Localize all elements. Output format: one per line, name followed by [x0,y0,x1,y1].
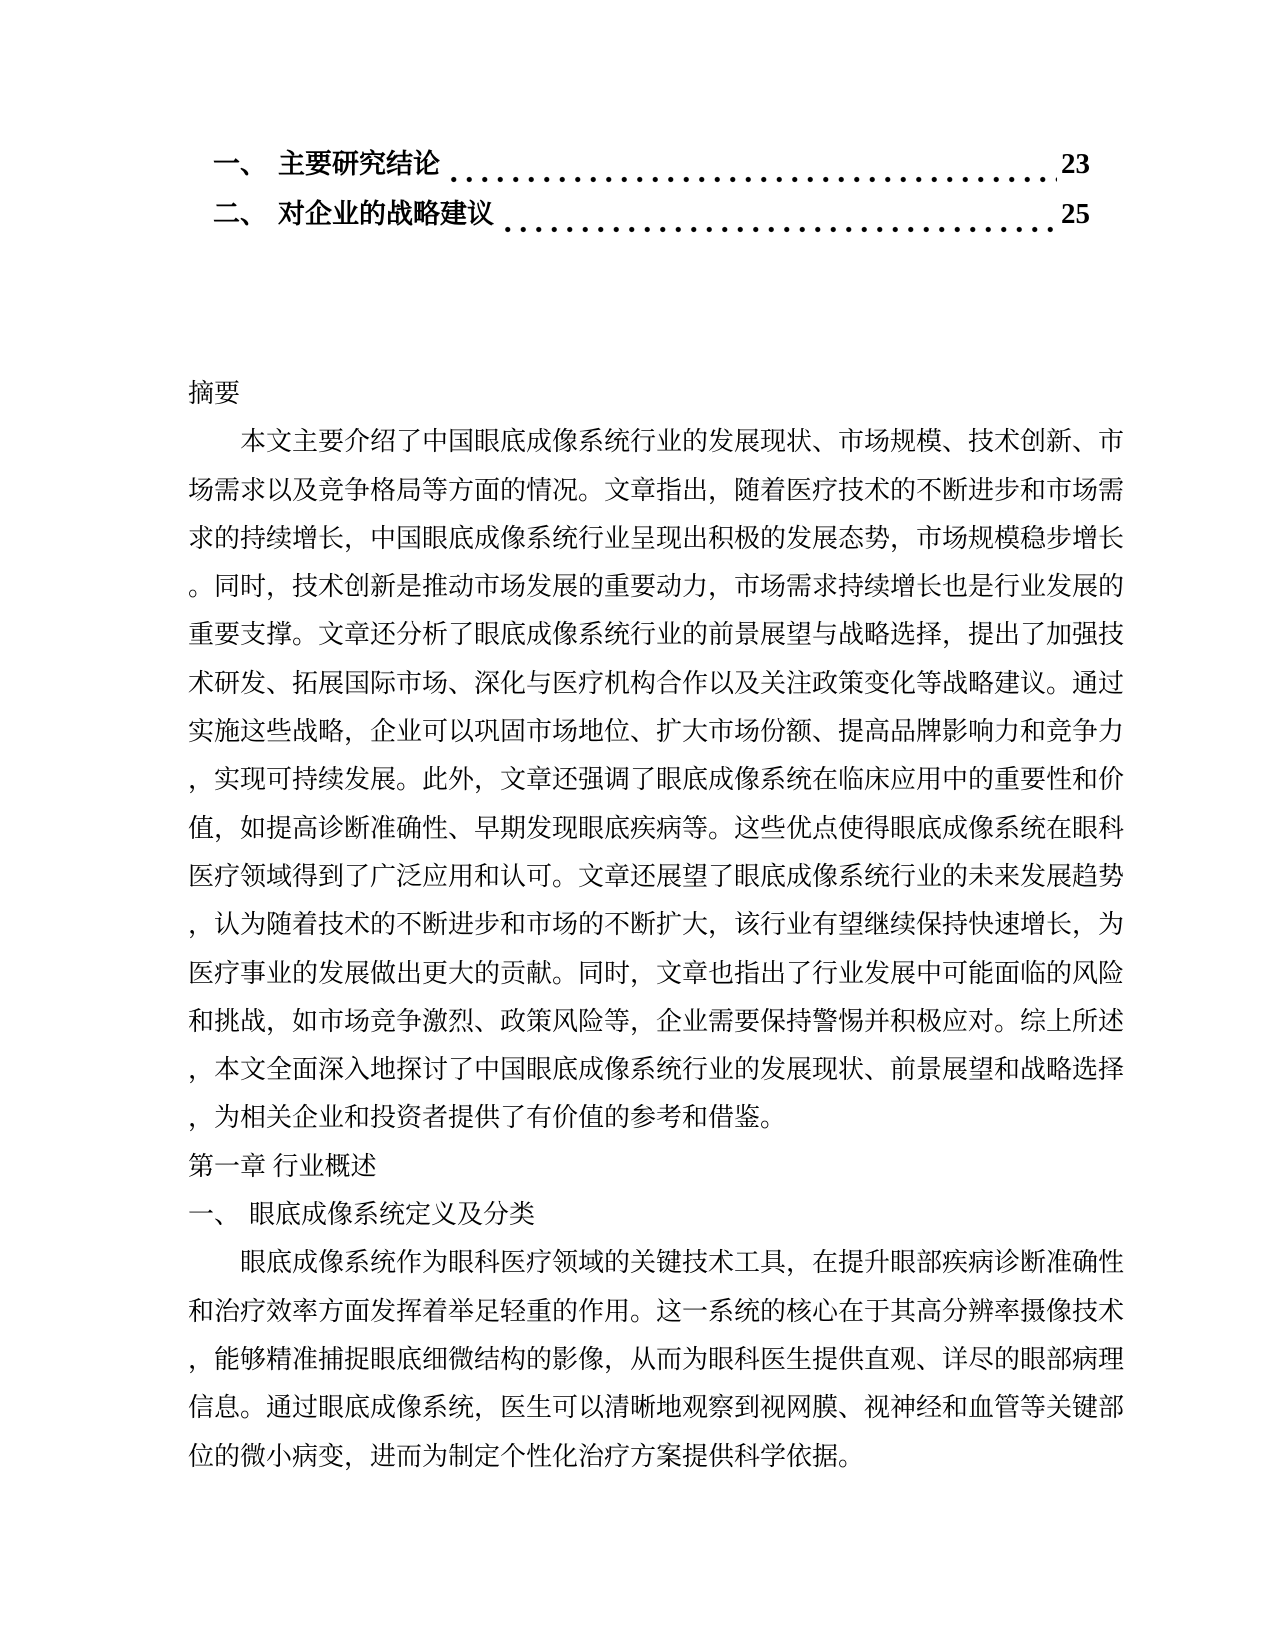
text-line: 医疗领域得到了广泛应用和认可。文章还展望了眼底成像系统行业的未来发展趋势 [188,853,1124,901]
text-line: 重要支撑。文章还分析了眼底成像系统行业的前景展望与战略选择，提出了加强技 [188,611,1124,659]
text-line: 场需求以及竞争格局等方面的情况。文章指出，随着医疗技术的不断进步和市场需 [188,467,1124,515]
text-line: 位的微小病变，进而为制定个性化治疗方案提供科学依据。 [188,1433,1124,1481]
text-line: ，能够精准捕捉眼底细微结构的影像，从而为眼科医生提供直观、详尽的眼部病理 [188,1336,1124,1384]
toc-entry-numeral: 二、 [213,192,278,231]
toc-page-number: 25 [1061,198,1090,231]
text-line: ，本文全面深入地探讨了中国眼底成像系统行业的发展现状、前景展望和战略选择 [188,1046,1124,1094]
text-line: 值，如提高诊断准确性、早期发现眼底疾病等。这些优点使得眼底成像系统在眼科 [188,805,1124,853]
text-line: 术研发、拓展国际市场、深化与医疗机构合作以及关注政策变化等战略建议。通过 [188,660,1124,708]
toc-entry[interactable]: 二、 对企业的战略建议 25 [213,192,1090,242]
text-line: 本文主要介绍了中国眼底成像系统行业的发展现状、市场规模、技术创新、市 [188,418,1124,466]
text-line: 眼底成像系统作为眼科医疗领域的关键技术工具，在提升眼部疾病诊断准确性 [188,1239,1124,1287]
text-line: 和挑战，如市场竞争激烈、政策风险等，企业需要保持警惕并积极应对。综上所述 [188,998,1124,1046]
text-line: ，认为随着技术的不断进步和市场的不断扩大，该行业有望继续保持快速增长，为 [188,901,1124,949]
chapter-heading: 第一章 行业概述 [188,1143,1124,1191]
toc-entry-title: 对企业的战略建议 [278,192,494,231]
section-heading: 一、眼底成像系统定义及分类 [188,1191,1124,1239]
table-of-contents: 一、 主要研究结论 23 二、 对企业的战略建议 25 [213,142,1090,242]
abstract-paragraph: 本文主要介绍了中国眼底成像系统行业的发展现状、市场规模、技术创新、市场需求以及竞… [188,418,1124,1142]
text-line: 医疗事业的发展做出更大的贡献。同时，文章也指出了行业发展中可能面临的风险 [188,950,1124,998]
text-line: ，实现可持续发展。此外，文章还强调了眼底成像系统在临床应用中的重要性和价 [188,756,1124,804]
toc-entry[interactable]: 一、 主要研究结论 23 [213,142,1090,192]
abstract-heading: 摘要 [188,370,1124,418]
section-numeral: 一、 [188,1191,249,1239]
toc-page-number: 23 [1061,148,1090,181]
dot-leader [446,176,1057,183]
text-line: 。同时，技术创新是推动市场发展的重要动力，市场需求持续增长也是行业发展的 [188,563,1124,611]
text-line: 实施这些战略，企业可以巩固市场地位、扩大市场份额、提高品牌影响力和竞争力 [188,708,1124,756]
text-line: 求的持续增长，中国眼底成像系统行业呈现出积极的发展态势，市场规模稳步增长 [188,515,1124,563]
section-paragraph: 眼底成像系统作为眼科医疗领域的关键技术工具，在提升眼部疾病诊断准确性和治疗效率方… [188,1239,1124,1480]
text-line: ，为相关企业和投资者提供了有价值的参考和借鉴。 [188,1094,1124,1142]
text-line: 信息。通过眼底成像系统，医生可以清晰地观察到视网膜、视神经和血管等关键部 [188,1384,1124,1432]
document-body: 摘要 本文主要介绍了中国眼底成像系统行业的发展现状、市场规模、技术创新、市场需求… [188,370,1124,1481]
toc-entry-numeral: 一、 [213,142,278,181]
document-page: 一、 主要研究结论 23 二、 对企业的战略建议 25 摘要 本文主要介绍了中国… [0,0,1275,1650]
text-line: 和治疗效率方面发挥着举足轻重的作用。这一系统的核心在于其高分辨率摄像技术 [188,1288,1124,1336]
dot-leader [500,226,1057,233]
section-title: 眼底成像系统定义及分类 [249,1200,535,1229]
toc-entry-title: 主要研究结论 [278,142,440,181]
